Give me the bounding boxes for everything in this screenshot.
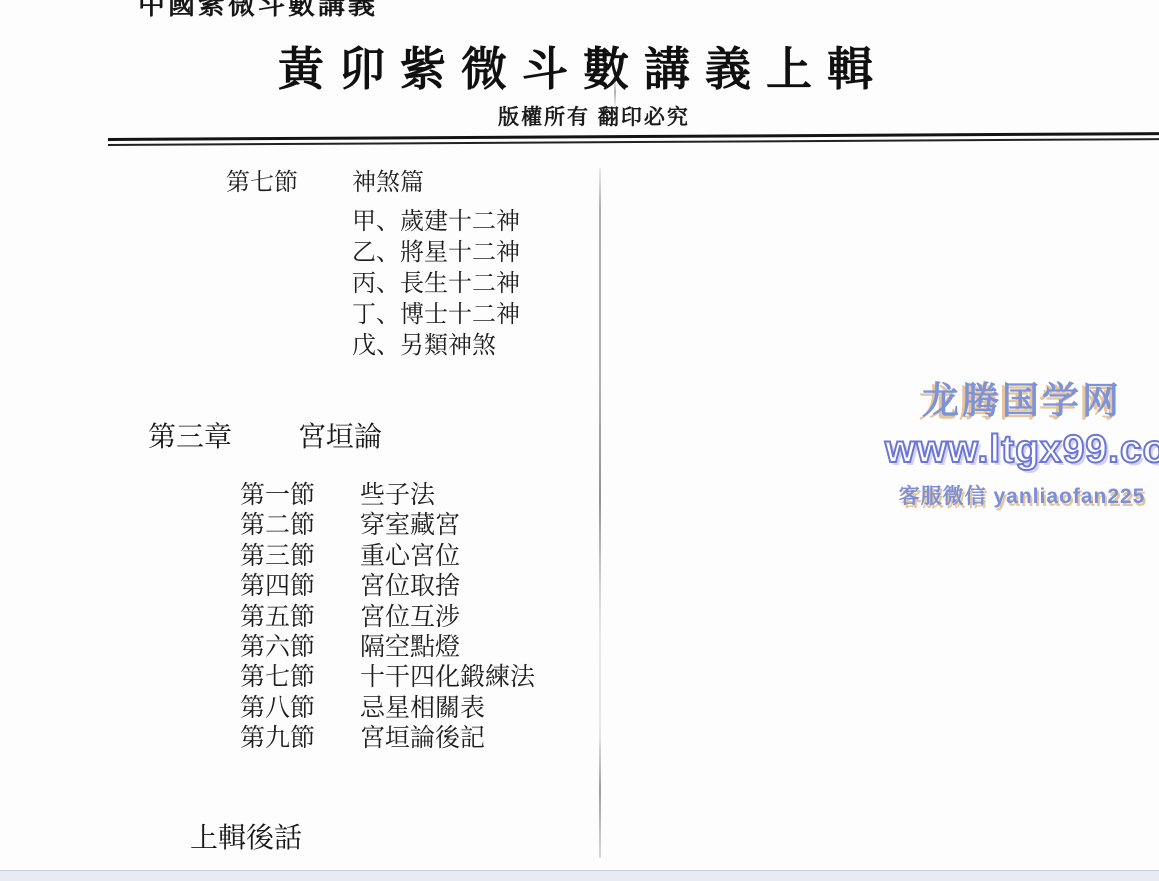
section-label: 第三節 <box>240 542 360 572</box>
section-label: 第六節 <box>240 633 360 663</box>
toc-section7-heading: 第七節神煞篇 <box>226 162 424 197</box>
watermark-url: www.ltgx99.com <box>885 428 1159 472</box>
afterword-heading: 上輯後話 <box>190 816 302 856</box>
toc-row: 第三節重心宮位 <box>240 542 535 572</box>
chapter3-label: 第三章 <box>148 415 298 455</box>
toc-section7-items: 甲、歲建十二神 乙、將星十二神 丙、長生十二神 丁、博士十二神 戊、另類神煞 <box>352 207 520 362</box>
toc-row: 第八節忌星相關表 <box>240 694 535 724</box>
viewer-bottom-strip <box>0 870 1159 881</box>
section-title: 忌星相關表 <box>360 695 485 722</box>
section-title: 重心宮位 <box>360 543 460 570</box>
section-label: 第二節 <box>240 511 360 541</box>
double-rule-divider <box>108 132 1159 148</box>
section-title: 宮垣論後記 <box>360 725 485 752</box>
toc-item: 乙、將星十二神 <box>352 238 520 269</box>
toc-item: 丁、博士十二神 <box>352 300 520 331</box>
watermark-site-name: 龙腾国学网 <box>885 370 1159 424</box>
toc-row: 第四節宮位取捨 <box>240 572 535 602</box>
section-title: 穿室藏宮 <box>360 512 460 539</box>
section-title: 些子法 <box>360 482 435 509</box>
section-label: 第九節 <box>240 724 360 754</box>
toc-row: 第五節宮位互涉 <box>240 603 535 633</box>
section-label: 第四節 <box>240 572 360 602</box>
section-title: 隔空點燈 <box>360 634 460 661</box>
page-fold-line <box>599 168 601 858</box>
toc-item: 戊、另類神煞 <box>352 331 520 362</box>
page-fold-line-upper <box>614 78 616 106</box>
toc-row: 第六節隔空點燈 <box>240 633 535 663</box>
site-watermark: 龙腾国学网 www.ltgx99.com 客服微信 yanliaofan225 <box>885 370 1159 510</box>
section-label: 第八節 <box>240 694 360 724</box>
section7-title: 神煞篇 <box>352 170 424 196</box>
section-label: 第五節 <box>240 603 360 633</box>
section-label: 第一節 <box>240 481 360 511</box>
section-title: 十干四化鍛練法 <box>360 664 535 691</box>
book-title: 黃卯紫微斗數講義上輯 <box>278 33 888 99</box>
toc-row: 第九節宮垣論後記 <box>240 724 535 754</box>
copyright-notice: 版權所有 翻印必究 <box>498 101 690 131</box>
toc-chapter3-sections: 第一節些子法 第二節穿室藏宮 第三節重心宮位 第四節宮位取捨 第五節宮位互涉 第… <box>240 481 535 755</box>
toc-chapter3-heading: 第三章宮垣論 <box>148 415 382 455</box>
section7-label: 第七節 <box>226 162 352 197</box>
toc-row: 第二節穿室藏宮 <box>240 511 535 541</box>
clipped-header-text: 中國紫微斗數講義 <box>138 0 378 22</box>
section-title: 宮位互涉 <box>360 604 460 631</box>
toc-row: 第七節十干四化鍛練法 <box>240 663 535 693</box>
toc-item: 甲、歲建十二神 <box>352 207 520 238</box>
section-title: 宮位取捨 <box>360 573 460 600</box>
toc-row: 第一節些子法 <box>240 481 535 511</box>
section-label: 第七節 <box>240 663 360 693</box>
toc-item: 丙、長生十二神 <box>352 269 520 300</box>
chapter3-title: 宮垣論 <box>298 422 382 453</box>
watermark-contact: 客服微信 yanliaofan225 <box>885 480 1159 510</box>
